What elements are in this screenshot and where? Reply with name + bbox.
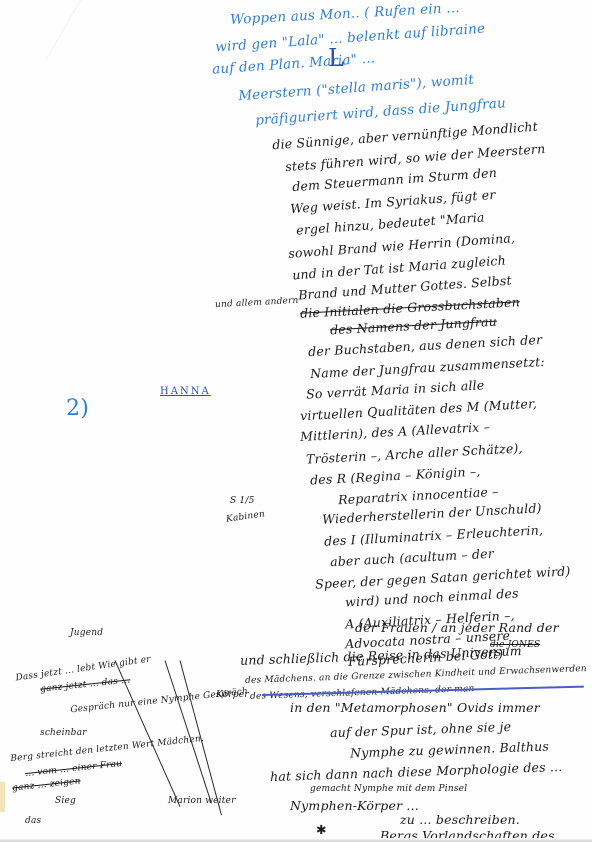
- text-line: Nymphe zu gewinnen. Balthus: [350, 739, 549, 761]
- margin-reference: S 1/5: [230, 496, 255, 506]
- note: Jugend: [70, 628, 103, 638]
- connector-line: [165, 660, 212, 803]
- text-line: aber auch (acultum – der: [330, 546, 495, 570]
- text-line: des I (Illuminatrix – Erleuchterin,: [324, 522, 544, 548]
- paper-tab: [0, 782, 5, 812]
- text-line: zu ... beschreiben.: [400, 812, 520, 827]
- text-line: gemacht Nymphe mit dem Pinsel: [310, 784, 467, 794]
- insertion-mark-l: L: [328, 44, 344, 72]
- text-line: des R (Regina – Königin –,: [310, 464, 481, 488]
- note: Sieg: [55, 796, 76, 806]
- section-number: 2): [66, 396, 89, 421]
- margin-reference: Kabinen: [225, 509, 265, 524]
- note: scheinbar: [40, 728, 87, 738]
- section-title: HANNA: [160, 386, 211, 397]
- text-line: der Frauen / an jeder Rand der: [355, 620, 559, 635]
- note: Körper: [216, 690, 249, 700]
- text-line: auf der Spur ist, ohne sie je: [330, 719, 512, 740]
- text-line: Name der Jungfrau zusammensetzt:: [310, 354, 545, 381]
- asterisk-mark: ✱: [316, 822, 327, 837]
- note: das: [25, 816, 41, 826]
- text-line: hat sich dann nach diese Morphologie des…: [270, 759, 563, 784]
- margin-note: und allem andern: [215, 296, 299, 310]
- page-fold-mark: [0, 0, 81, 60]
- text-line: in den "Metamorphosen" Ovids immer: [290, 700, 540, 715]
- note: ganz ... zeigen: [12, 776, 81, 793]
- text-line: Trösterin –, Arche aller Schätze),: [306, 440, 523, 466]
- text-line: Nymphen-Körper ...: [290, 798, 419, 813]
- text-line: Mittlerin), des A (Allevatrix –: [300, 419, 491, 444]
- text-line: wird) und noch einmal des: [345, 585, 519, 609]
- text-line: des Mädchens. an die Grenze zwischen Kin…: [245, 664, 587, 686]
- manuscript-page: Woppen aus Mon.. ( Rufen ein ... wird ge…: [0, 0, 592, 842]
- page-bottom-edge: [0, 838, 592, 842]
- blue-line-3: auf den Plan. Maria" ...: [212, 50, 376, 77]
- text-line: So verrät Maria in sich alle: [306, 377, 485, 401]
